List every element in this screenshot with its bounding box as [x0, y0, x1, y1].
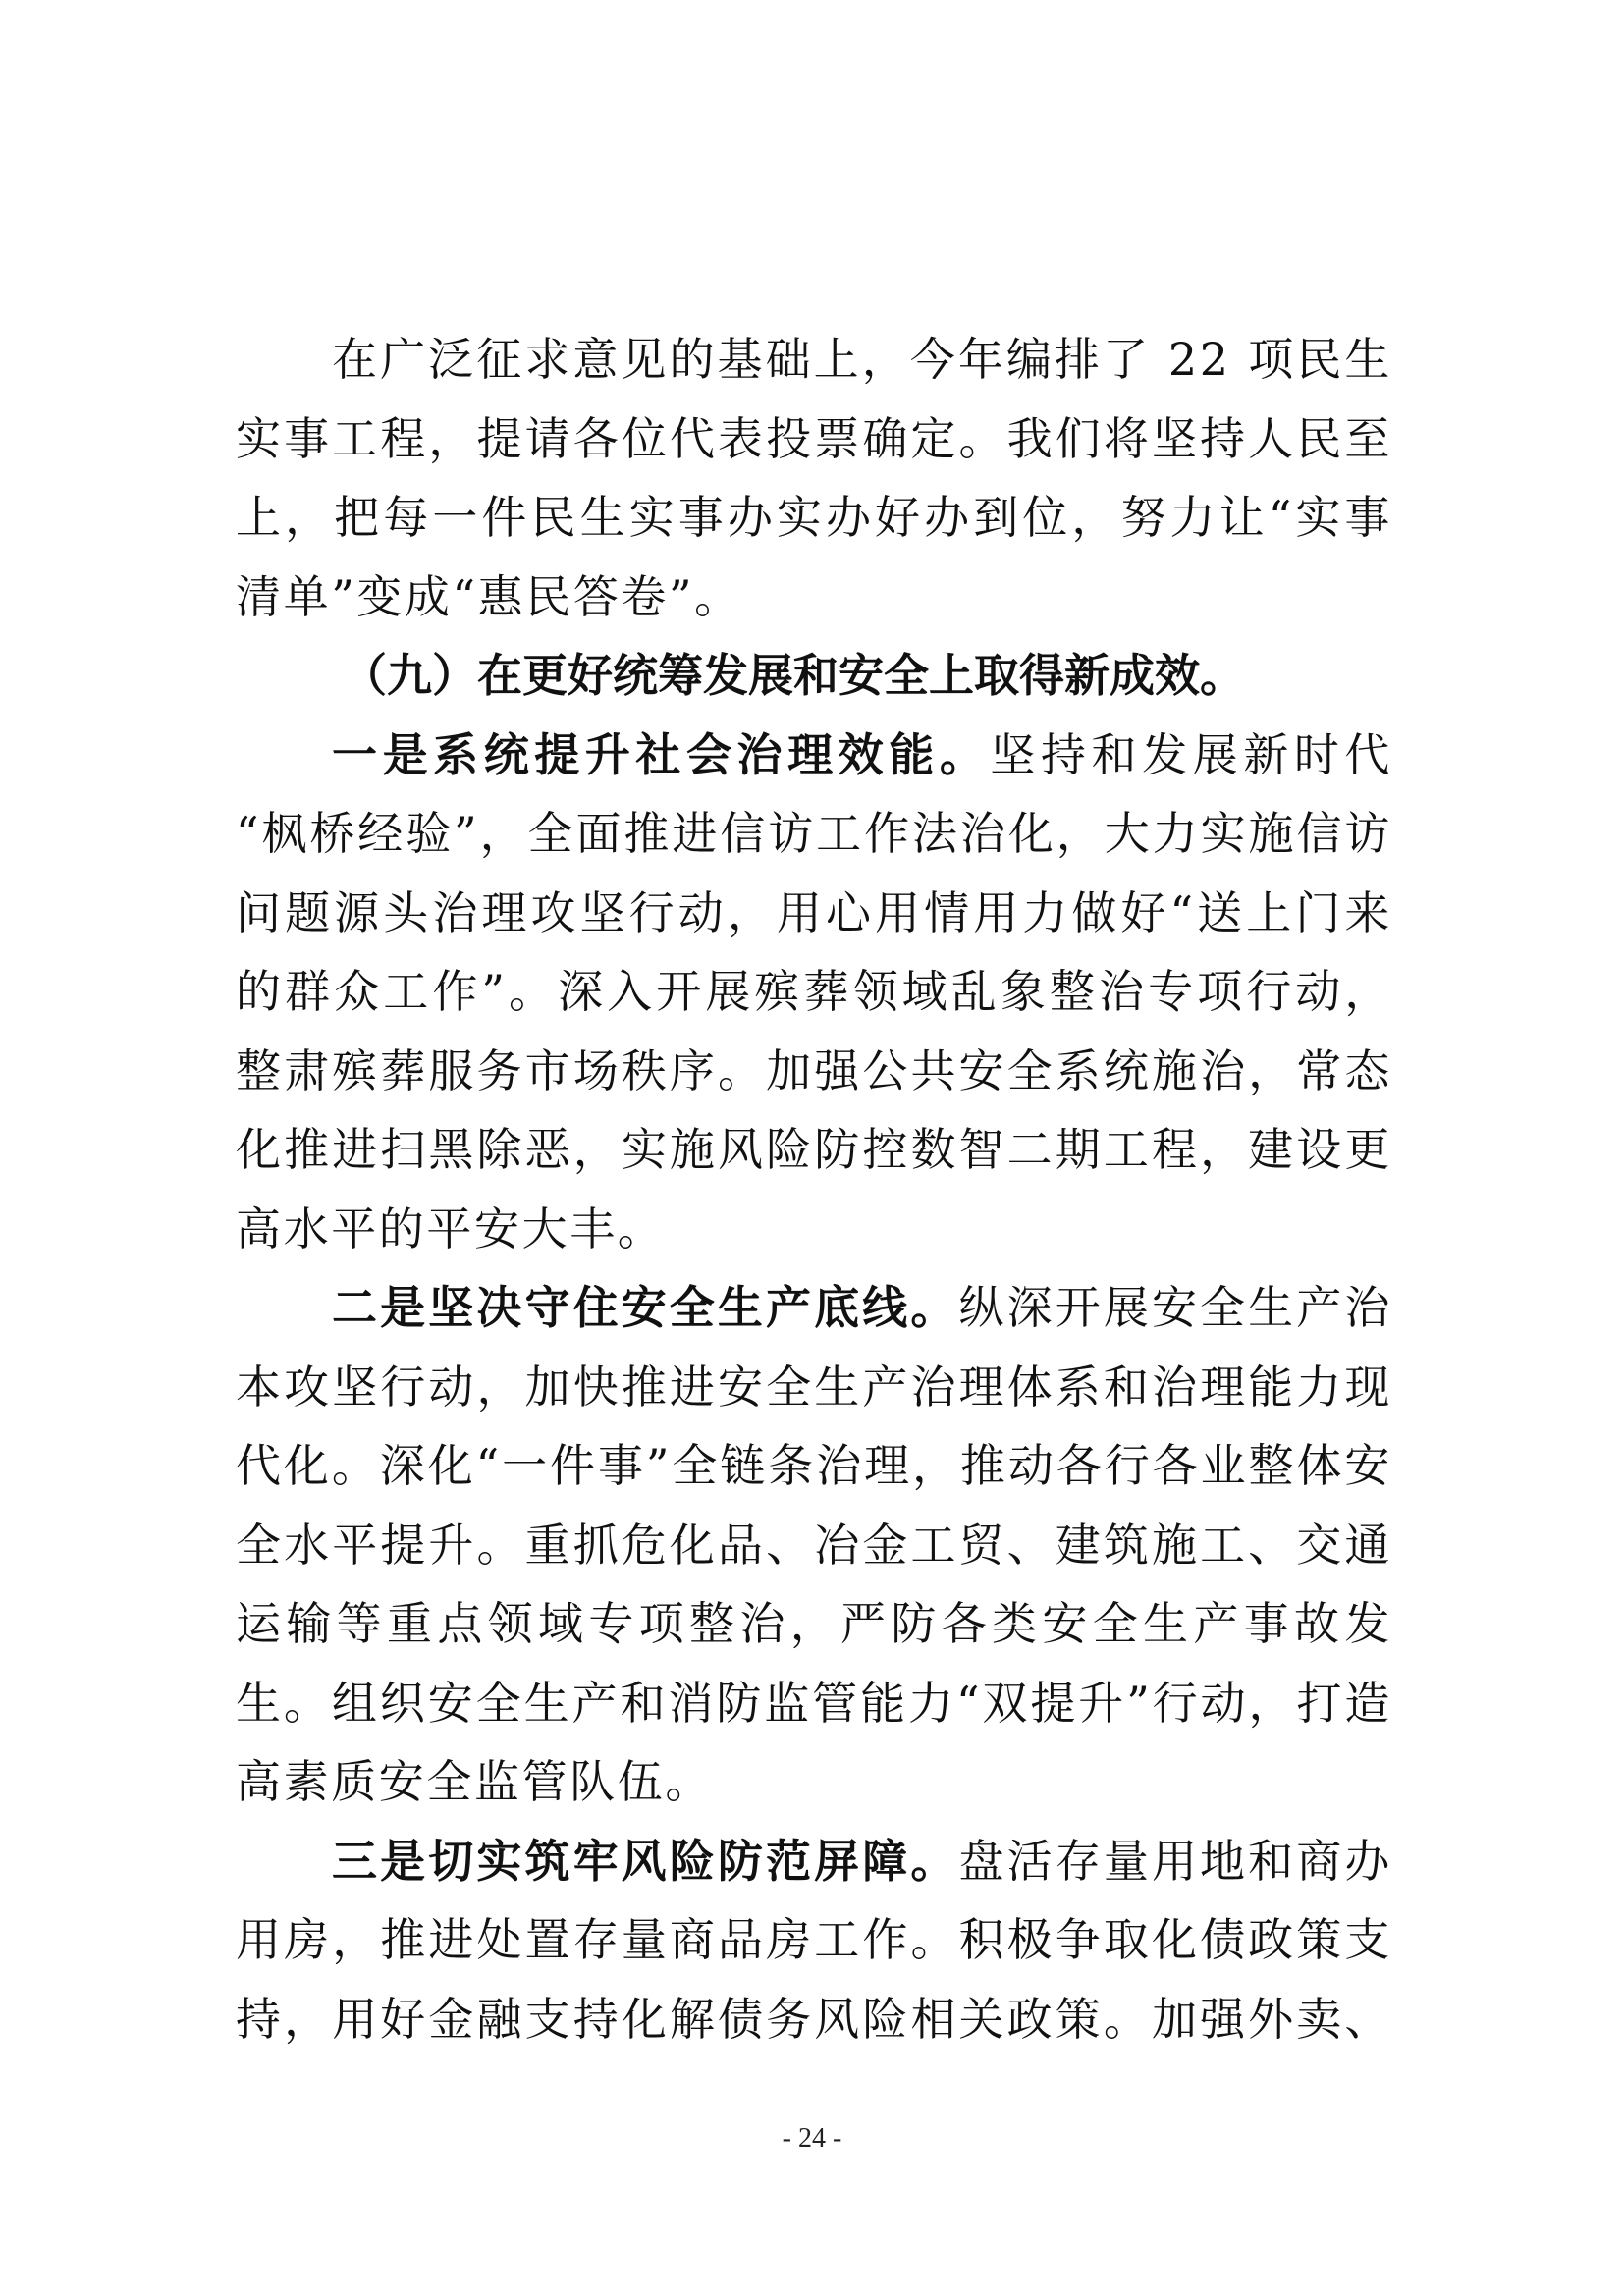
- paragraph-lead: 二是坚决守住安全生产底线。: [332, 1281, 958, 1334]
- text-line: 高水平的平安大丰。: [236, 1200, 1392, 1279]
- paragraph-production-safety: 二是坚决守住安全生产底线。纵深开展安全生产治 本攻坚行动，加快推进安全生产治理体…: [236, 1278, 1392, 1832]
- text-line: 代化。深化“一件事”全链条治理，推动各行各业整体安: [236, 1436, 1392, 1516]
- text-line: 一是系统提升社会治理效能。坚持和发展新时代: [236, 725, 1392, 805]
- paragraph-lead: 一是系统提升社会治理效能。: [332, 728, 990, 781]
- text-line: 化推进扫黑除恶，实施风险防控数智二期工程，建设更: [236, 1120, 1392, 1200]
- text-line: “枫桥经验”，全面推进信访工作法治化，大力实施信访: [236, 804, 1392, 883]
- text-line: 运输等重点领域专项整治，严防各类安全生产事故发: [236, 1594, 1392, 1674]
- paragraph-social-governance: 一是系统提升社会治理效能。坚持和发展新时代 “枫桥经验”，全面推进信访工作法治化…: [236, 725, 1392, 1279]
- text-line: 持，用好金融支持化解债务风险相关政策。加强外卖、: [236, 1990, 1392, 2069]
- text-line: 的群众工作”。深入开展殡葬领域乱象整治专项行动，: [236, 962, 1392, 1041]
- document-body: 在广泛征求意见的基础上，今年编排了 22 项民生 实事工程，提请各位代表投票确定…: [236, 330, 1392, 2068]
- text-line: 用房，推进处置存量商品房工作。积极争取化债政策支: [236, 1910, 1392, 1990]
- paragraph-risk-prevention: 三是切实筑牢风险防范屏障。盘活存量用地和商办 用房，推进处置存量商品房工作。积极…: [236, 1832, 1392, 2069]
- text-span: 坚持和发展新时代: [990, 728, 1392, 781]
- document-page: 在广泛征求意见的基础上，今年编排了 22 项民生 实事工程，提请各位代表投票确定…: [0, 0, 1624, 2296]
- section-heading: （九）在更好统筹发展和安全上取得新成效。: [236, 646, 1392, 725]
- text-line: 高素质安全监管队伍。: [236, 1752, 1392, 1832]
- text-line: 问题源头治理攻坚行动，用心用情用力做好“送上门来: [236, 883, 1392, 963]
- text-line: 三是切实筑牢风险防范屏障。盘活存量用地和商办: [236, 1832, 1392, 1911]
- text-span: 纵深开展安全生产治: [958, 1281, 1392, 1334]
- text-line: 实事工程，提请各位代表投票确定。我们将坚持人民至: [236, 409, 1392, 489]
- text-line: 本攻坚行动，加快推进安全生产治理体系和治理能力现: [236, 1358, 1392, 1437]
- text-line: 全水平提升。重抓危化品、冶金工贸、建筑施工、交通: [236, 1516, 1392, 1595]
- text-line: 清单”变成“惠民答卷”。: [236, 567, 1392, 647]
- text-span: 盘活存量用地和商办: [958, 1835, 1392, 1888]
- paragraph-livelihood-projects: 在广泛征求意见的基础上，今年编排了 22 项民生 实事工程，提请各位代表投票确定…: [236, 330, 1392, 646]
- text-line: 生。组织安全生产和消防监管能力“双提升”行动，打造: [236, 1674, 1392, 1753]
- text-line: 二是坚决守住安全生产底线。纵深开展安全生产治: [236, 1278, 1392, 1358]
- text-line: 在广泛征求意见的基础上，今年编排了 22 项民生: [236, 330, 1392, 409]
- text-line: 整肃殡葬服务市场秩序。加强公共安全系统施治，常态: [236, 1041, 1392, 1121]
- text-line: 上，把每一件民生实事办实办好办到位，努力让“实事: [236, 488, 1392, 567]
- paragraph-lead: 三是切实筑牢风险防范屏障。: [332, 1835, 958, 1888]
- page-number: - 24 -: [0, 2123, 1624, 2155]
